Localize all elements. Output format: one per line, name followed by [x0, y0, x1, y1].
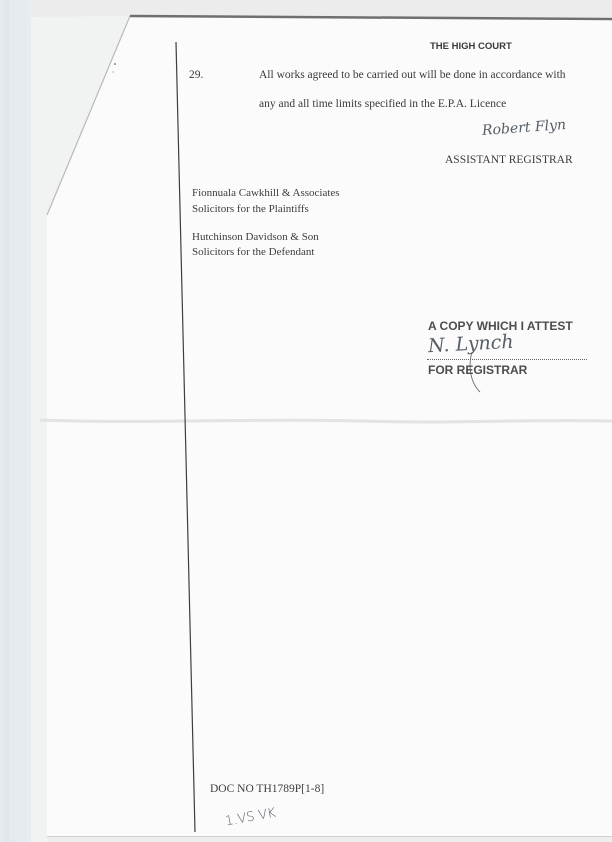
party-1-name: Fionnuala Cawkhill & Associates: [192, 187, 340, 199]
margin-rule: [176, 42, 195, 832]
party-2-role: Solicitors for the Defendant: [192, 246, 315, 258]
stamp-signature-line: [427, 359, 587, 360]
clause-number: 29.: [189, 69, 203, 81]
scanner-background-left: [0, 0, 31, 842]
signature-title: ASSISTANT REGISTRAR: [445, 154, 573, 166]
fold-crease: [40, 420, 612, 422]
scanner-background-top: [0, 0, 612, 17]
fold-edge-line: [47, 16, 130, 215]
page-left-margin: [31, 17, 47, 842]
document-number: DOC NO TH1789P[1-8]: [210, 783, 324, 795]
party-2-name: Hutchinson Davidson & Son: [192, 231, 319, 243]
stamp-signature: N. Lynch: [427, 331, 514, 357]
court-heading: THE HIGH COURT: [430, 41, 512, 52]
party-1-role: Solicitors for the Plaintiffs: [192, 203, 309, 215]
handwritten-initials: 1.VS VK: [224, 806, 277, 830]
stamp-footer: FOR REGISTRAR: [428, 363, 527, 377]
clause-line-2: any and all time limits specified in the…: [259, 98, 506, 110]
page-bottom-edge: [31, 836, 612, 842]
clause-line-1: All works agreed to be carried out will …: [259, 69, 566, 81]
registrar-signature: Robert Flyn: [482, 117, 567, 139]
